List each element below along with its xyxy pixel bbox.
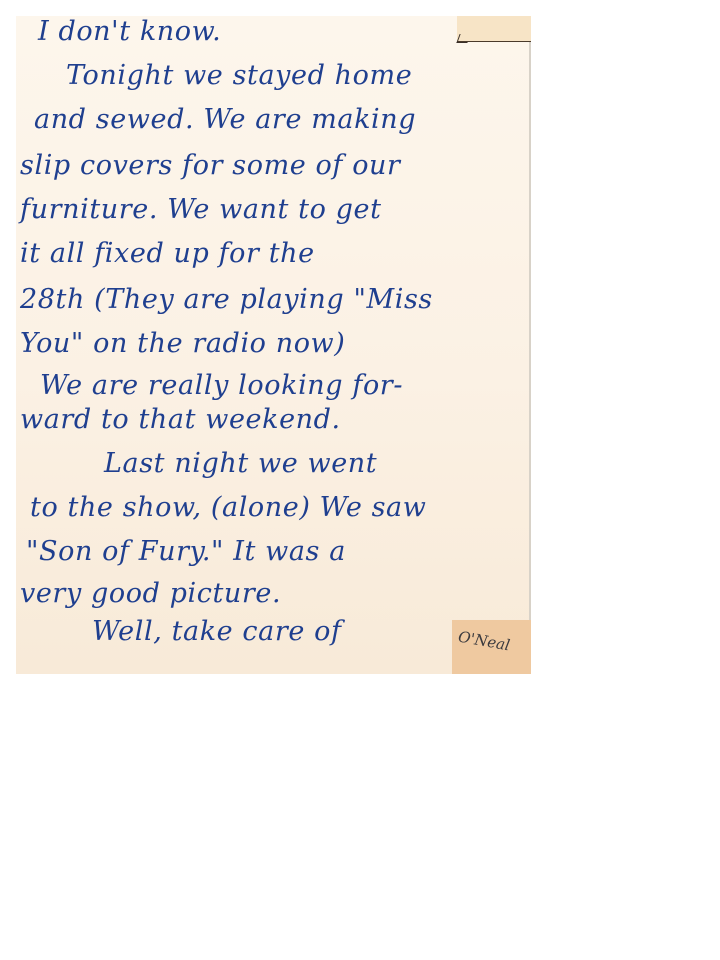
letter-line-9: We are really looking for- — [40, 370, 403, 401]
letter-line-5: furniture. We want to get — [20, 194, 382, 225]
letter-line-12: to the show, (alone) We saw — [30, 492, 426, 523]
letter-line-4: slip covers for some of our — [20, 150, 401, 181]
letter-line-15: Well, take care of — [92, 616, 342, 647]
corner-note: O'Neal — [457, 628, 512, 655]
letter-line-8: You" on the radio now) — [20, 328, 345, 359]
letter-line-6: it all fixed up for the — [20, 238, 315, 269]
letter-line-10: ward to that weekend. — [20, 404, 341, 435]
letter-line-1: I don't know. — [38, 16, 221, 47]
letter-line-3: and sewed. We are making — [34, 104, 416, 135]
folded-corner-top — [457, 16, 531, 42]
letter-line-7: 28th (They are playing "Miss — [20, 284, 433, 315]
letter-line-14: very good picture. — [20, 578, 281, 609]
folded-corner-bottom: O'Neal — [452, 620, 531, 674]
letter-line-11: Last night we went — [104, 448, 377, 479]
letter-line-2: Tonight we stayed home — [66, 60, 412, 91]
letter-line-13: "Son of Fury." It was a — [26, 536, 346, 567]
